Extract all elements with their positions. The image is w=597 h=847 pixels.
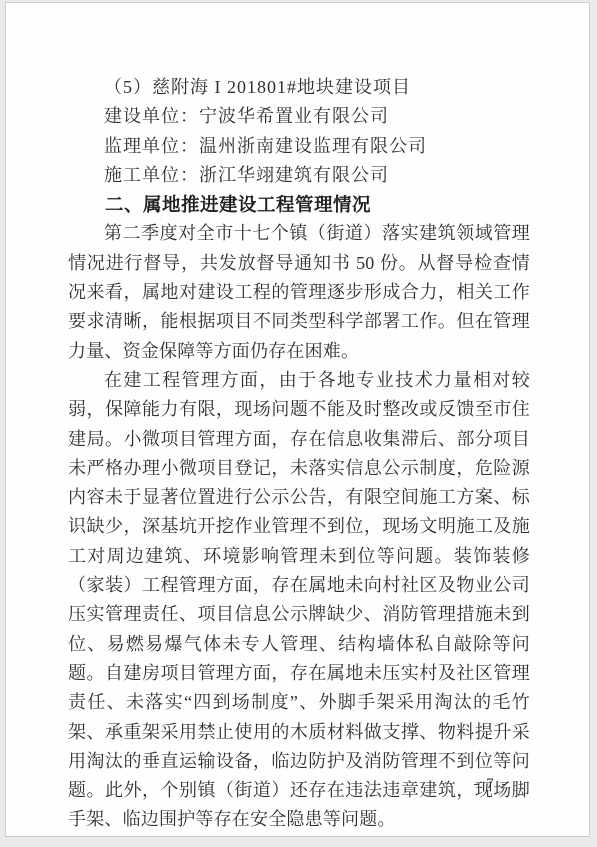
construction-unit-line: 建设单位：宁波华希置业有限公司 [68, 102, 530, 131]
paragraph-management-issues: 在建工程管理方面，由于各地专业技术力量相对较弱，保障能力有限，现场问题不能及时整… [68, 366, 530, 835]
contractor-unit-line: 施工单位：浙江华翊建筑有限公司 [68, 161, 530, 190]
scan-background: { "page": { "number_label": "- 7 -" }, "… [0, 0, 597, 847]
paragraph-supervision-summary: 第二季度对全市十七个镇（街道）落实建筑领域管理情况进行督导，共发放督导通知书 5… [68, 219, 530, 365]
project-title-line: （5）慈附海 I 201801#地块建设项目 [68, 73, 530, 102]
page-number: - 7 - [456, 776, 526, 793]
document-page: （5）慈附海 I 201801#地块建设项目 建设单位：宁波华希置业有限公司 监… [5, 2, 590, 837]
page-content: （5）慈附海 I 201801#地块建设项目 建设单位：宁波华希置业有限公司 监… [68, 73, 530, 835]
supervision-unit-line: 监理单位：温州浙南建设监理有限公司 [68, 132, 530, 161]
section-heading: 二、属地推进建设工程管理情况 [68, 190, 530, 219]
